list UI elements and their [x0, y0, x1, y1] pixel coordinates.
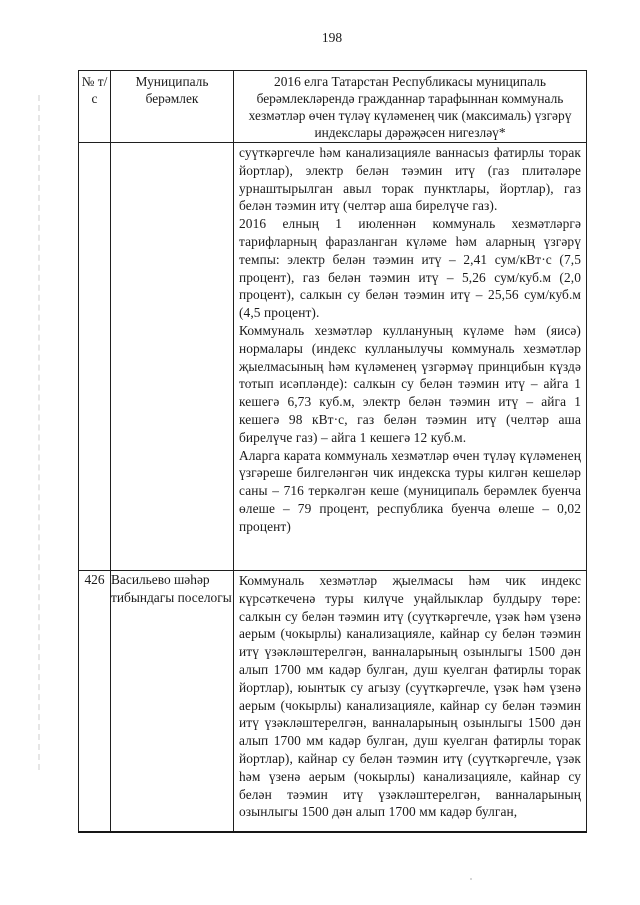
table-row-426: 426 Васильево шәһәр тибындагы поселогы К…: [79, 571, 587, 833]
header-municipality: Муниципаль берәмлек: [111, 71, 234, 143]
content-text-block: суүткәргечле һәм канализацияле ваннасыз …: [234, 143, 586, 570]
paragraph: Коммуналь хезмәтләр куллануның күләме һә…: [239, 322, 581, 447]
paragraph: 2016 елның 1 июленнән коммуналь хезмәтлә…: [239, 215, 581, 322]
table-header-row: № т/с Муниципаль берәмлек 2016 елга Тата…: [79, 71, 587, 143]
paragraph: суүткәргечле һәм канализацияле ваннасыз …: [239, 144, 581, 215]
scan-artifact-speck: [470, 878, 472, 880]
content-cell: суүткәргечле һәм канализацияле ваннасыз …: [234, 143, 587, 571]
table-row-continuation: суүткәргечле һәм канализацияле ваннасыз …: [79, 143, 587, 571]
municipality-cell: [111, 143, 234, 571]
header-row-number: № т/с: [79, 71, 111, 143]
row-number-cell: [79, 143, 111, 571]
municipality-cell: Васильево шәһәр тибындагы поселогы: [111, 571, 234, 833]
scanned-document-page: { "page_number": "198", "colors": { "pap…: [0, 0, 640, 905]
content-text-block: Коммуналь хезмәтләр җыелмасы һәм чик инд…: [234, 571, 586, 831]
paragraph: Аларга карата коммуналь хезмәтләр өчен т…: [239, 447, 581, 536]
content-cell: Коммуналь хезмәтләр җыелмасы һәм чик инд…: [234, 571, 587, 833]
page-number: 198: [78, 30, 586, 46]
tariff-index-table: № т/с Муниципаль берәмлек 2016 елга Тата…: [78, 70, 587, 833]
header-index-justification: 2016 елга Татарстан Республикасы муницип…: [234, 71, 587, 143]
paragraph: Коммуналь хезмәтләр җыелмасы һәм чик инд…: [239, 572, 581, 821]
row-number-cell: 426: [79, 571, 111, 833]
scan-artifact-left-margin-line: [38, 95, 40, 770]
